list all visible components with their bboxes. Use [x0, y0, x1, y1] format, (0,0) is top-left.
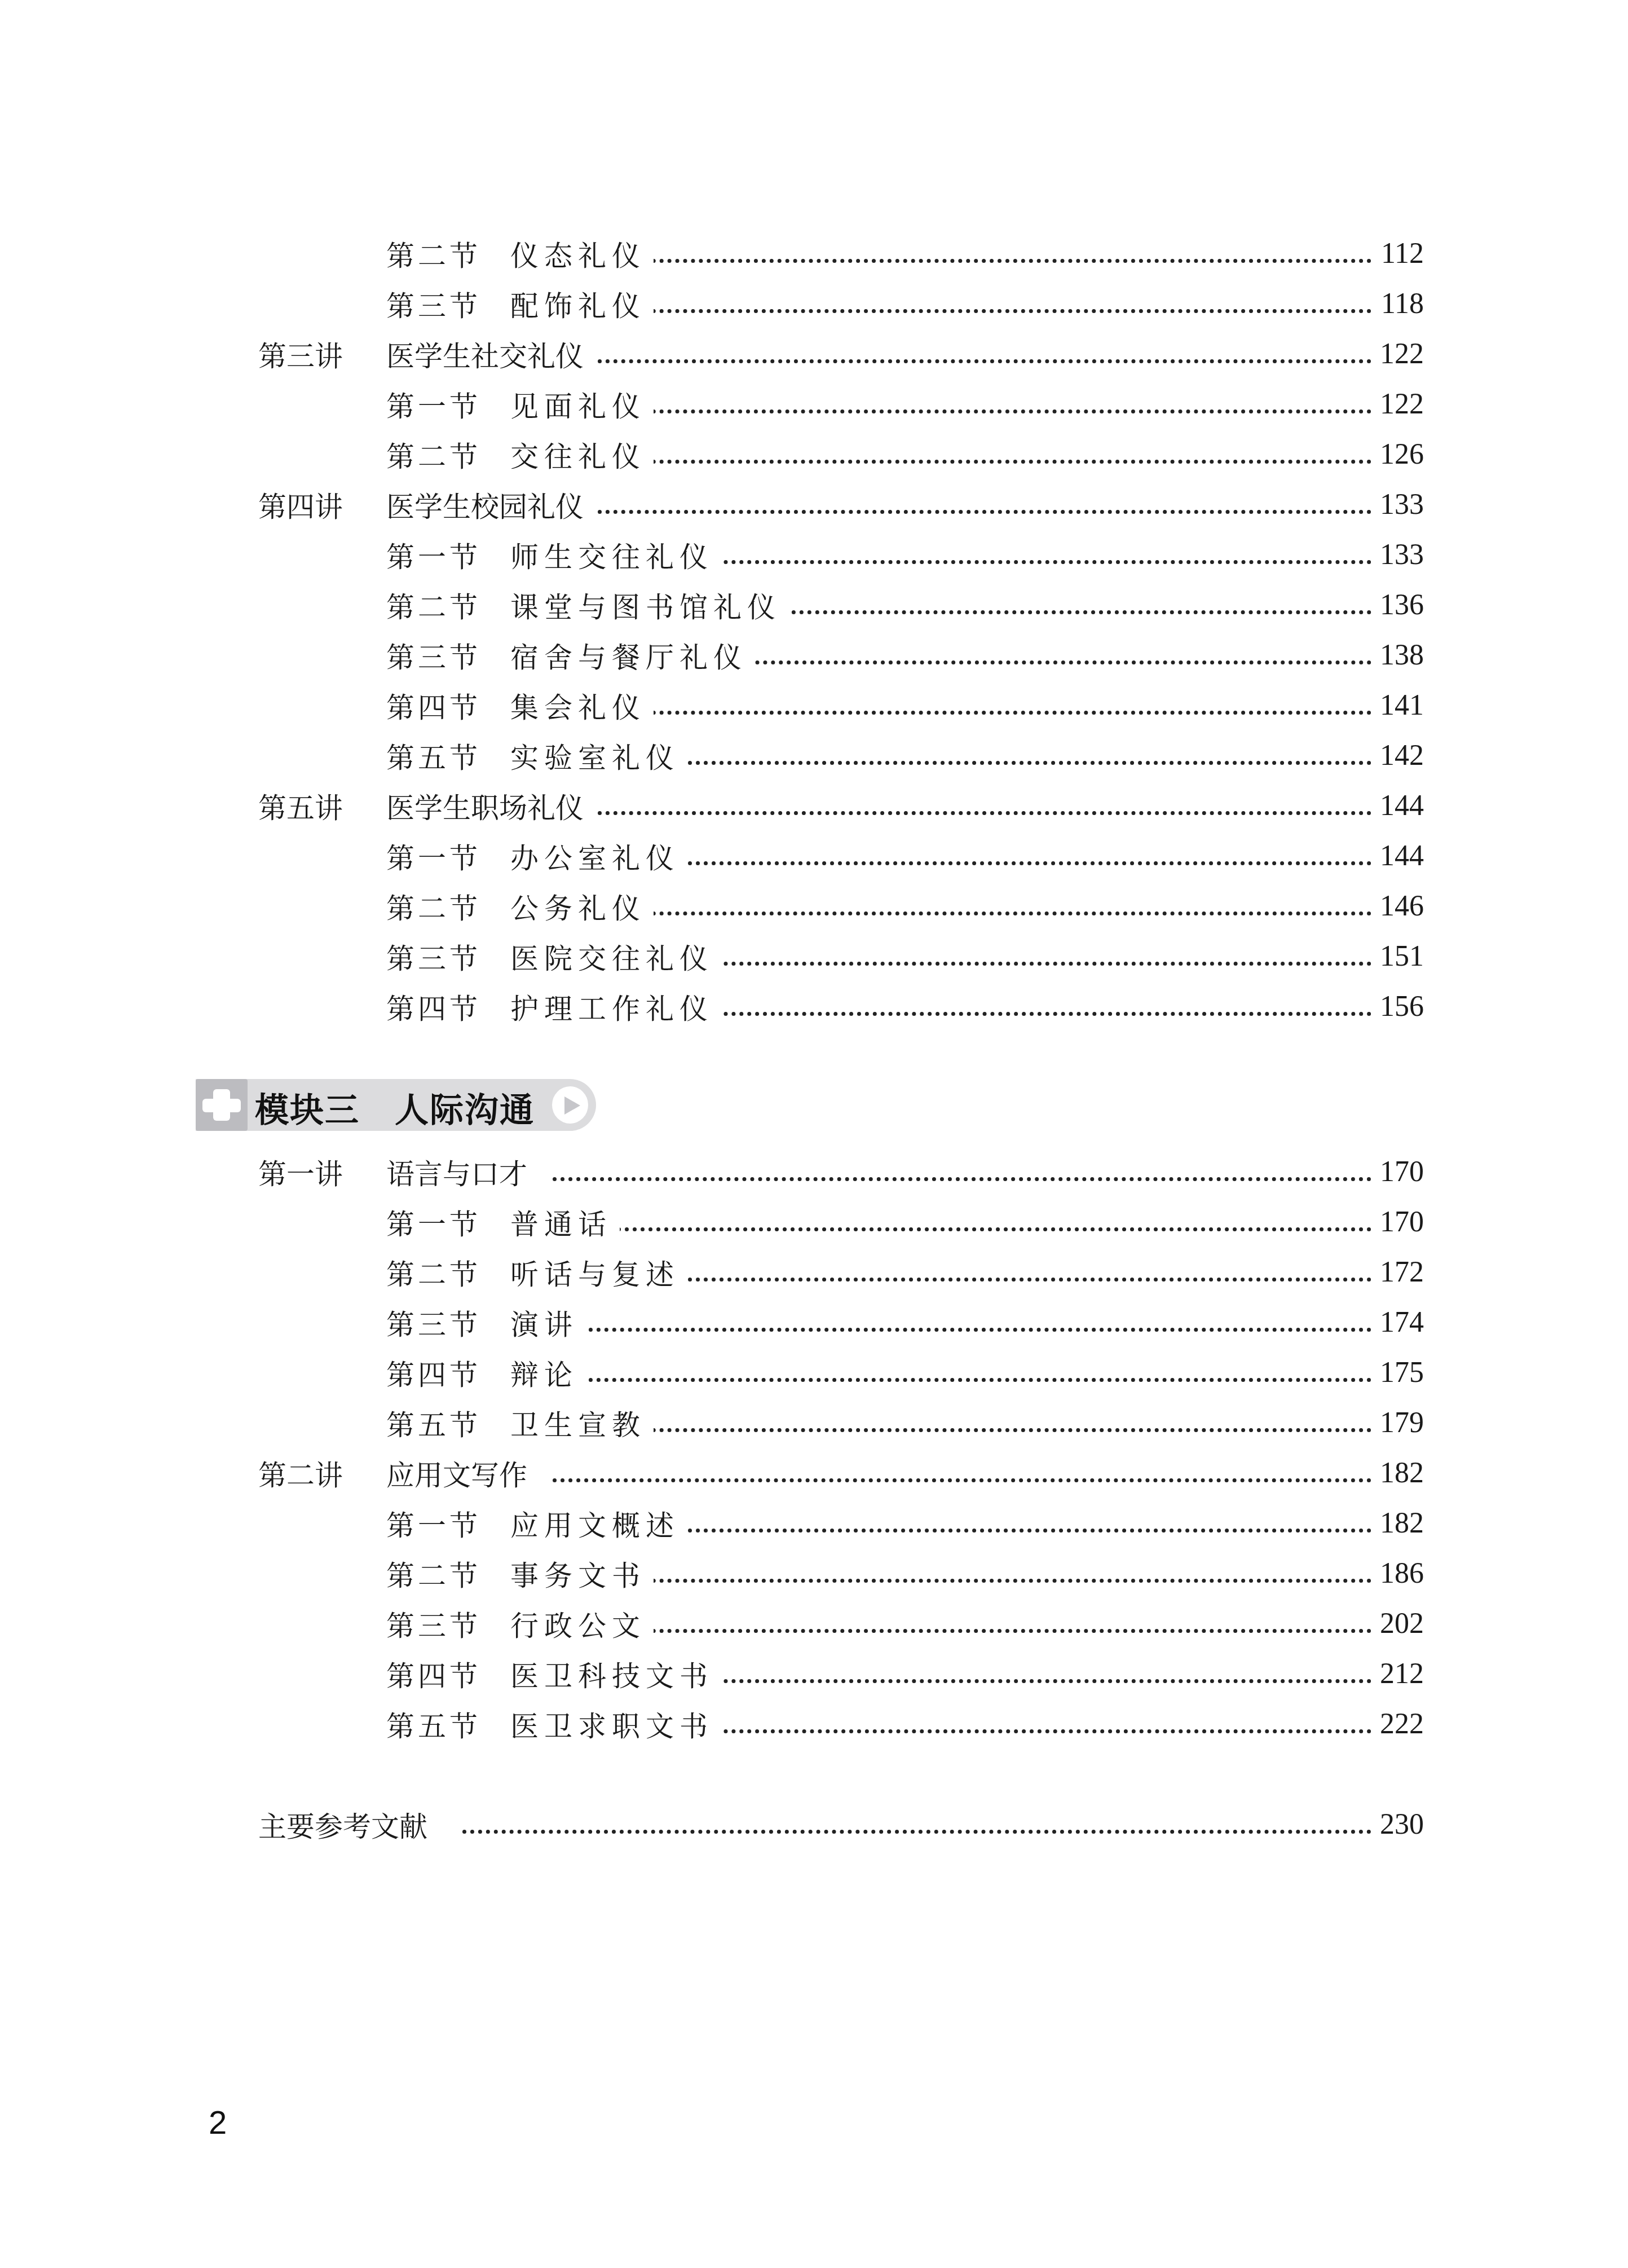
entry-title: 医卫科技文书 [510, 1654, 721, 1694]
toc-entry[interactable]: 第一节 见面礼仪 122 [0, 379, 1628, 429]
entry-prefix: 第四节 [386, 685, 481, 726]
entry-title: 语言与口才 [386, 1152, 535, 1192]
toc-entry[interactable]: 第五节 卫生宣教 179 [0, 1398, 1628, 1448]
toc-entry[interactable]: 第三节 演讲 174 [0, 1297, 1628, 1347]
entry-prefix: 第五节 [386, 1704, 481, 1745]
dot-leader [598, 809, 1371, 815]
entry-prefix: 第一讲 [258, 1152, 343, 1192]
toc-entry[interactable]: 第三节 配饰礼仪 118 [0, 279, 1628, 329]
entry-title: 医学生校园礼仪 [386, 485, 592, 525]
dot-leader [648, 859, 1371, 865]
toc-entry[interactable]: 第五节 实验室礼仪 142 [0, 730, 1628, 781]
entry-page: 138 [1372, 638, 1424, 672]
dot-leader [620, 407, 1371, 413]
entry-page: 151 [1372, 940, 1424, 973]
entry-prefix: 第二节 [386, 1553, 481, 1594]
entry-page: 122 [1372, 337, 1424, 371]
entry-page: 126 [1372, 438, 1424, 471]
entry-title: 交往礼仪 [510, 434, 654, 475]
entry-title: 听话与复述 [510, 1252, 687, 1293]
entry-page: 202 [1372, 1607, 1424, 1640]
entry-prefix: 第三节 [386, 284, 481, 324]
dot-leader [744, 608, 1371, 614]
entry-title: 辩论 [510, 1353, 586, 1393]
entry-page: 170 [1372, 1205, 1424, 1239]
dot-leader [620, 1426, 1371, 1432]
toc-entry[interactable]: 第二节 课堂与图书馆礼仪 136 [0, 580, 1628, 630]
dot-leader [553, 1175, 1371, 1181]
medical-cross-icon [196, 1079, 248, 1131]
module-header[interactable]: 模块三 人际沟通 [196, 1079, 596, 1131]
entry-title: 医学生职场礼仪 [386, 786, 592, 826]
entry-prefix: 第三讲 [258, 334, 343, 375]
entry-title: 普通话 [510, 1202, 620, 1243]
dot-leader [620, 909, 1371, 915]
entry-title: 医学生社交礼仪 [386, 334, 592, 375]
entry-title: 师生交往礼仪 [510, 535, 721, 575]
entry-title: 演讲 [510, 1302, 586, 1343]
dot-leader [677, 558, 1371, 564]
dot-leader [620, 457, 1371, 464]
entry-prefix: 第二节 [386, 886, 481, 927]
entry-prefix: 第四节 [386, 987, 481, 1027]
dot-leader [648, 1526, 1371, 1532]
toc-entry[interactable]: 第二节 事务文书 186 [0, 1548, 1628, 1598]
dot-leader [620, 1576, 1371, 1583]
entry-page: 118 [1373, 287, 1424, 320]
dot-leader [609, 1225, 1371, 1231]
entry-page: 144 [1372, 789, 1424, 822]
entry-page: 174 [1372, 1306, 1424, 1339]
entry-title: 集会礼仪 [510, 685, 654, 726]
dot-leader [716, 658, 1371, 664]
dot-leader [620, 257, 1371, 263]
dot-leader [598, 508, 1371, 514]
entry-title: 见面礼仪 [510, 384, 654, 425]
entry-title: 行政公文 [510, 1604, 654, 1644]
entry-prefix: 第四节 [386, 1654, 481, 1694]
toc-entry[interactable]: 第二节 公务礼仪 146 [0, 881, 1628, 931]
module-title: 模块三 人际沟通 [255, 1084, 535, 1132]
dot-leader [553, 1476, 1371, 1482]
toc-entry[interactable]: 第一节 办公室礼仪 144 [0, 831, 1628, 881]
dot-leader [620, 307, 1371, 313]
entry-title: 事务文书 [510, 1553, 654, 1594]
toc-entry[interactable]: 第一节 普通话 170 [0, 1197, 1628, 1247]
toc-entry[interactable]: 第四讲 医学生校园礼仪 133 [0, 479, 1628, 530]
dot-leader [677, 1010, 1371, 1016]
entry-prefix: 第三节 [386, 1302, 481, 1343]
entry-page: 182 [1372, 1456, 1424, 1490]
dot-leader [620, 1627, 1371, 1633]
dot-leader [581, 1376, 1371, 1382]
entry-prefix: 第一节 [386, 535, 481, 575]
entry-page: 141 [1372, 689, 1424, 722]
dot-leader [462, 1827, 1371, 1834]
entry-page: 172 [1372, 1256, 1424, 1289]
entry-prefix: 第一节 [386, 836, 481, 877]
toc-entry[interactable]: 第二节 交往礼仪 126 [0, 429, 1628, 479]
entry-title: 医卫求职文书 [510, 1704, 721, 1745]
entry-title: 课堂与图书馆礼仪 [510, 585, 789, 626]
entry-page: 170 [1372, 1155, 1424, 1188]
dot-leader [598, 357, 1371, 363]
toc-entry[interactable]: 第三节 宿舍与餐厅礼仪 138 [0, 630, 1628, 680]
entry-page: 230 [1372, 1808, 1424, 1841]
entry-title: 实验室礼仪 [510, 736, 687, 776]
toc-entry[interactable]: 第二节 听话与复述 172 [0, 1247, 1628, 1297]
entry-title: 办公室礼仪 [510, 836, 687, 877]
toc-entry[interactable]: 第四节 医卫科技文书 212 [0, 1649, 1628, 1699]
entry-title: 宿舍与餐厅礼仪 [510, 635, 755, 676]
entry-page: 133 [1372, 488, 1424, 521]
entry-prefix: 第二节 [386, 1252, 481, 1293]
entry-title: 医院交往礼仪 [510, 936, 721, 977]
entry-prefix: 第四讲 [258, 485, 343, 525]
entry-page: 142 [1372, 739, 1424, 772]
toc-entry[interactable]: 第五节 医卫求职文书 222 [0, 1699, 1628, 1749]
toc-entry[interactable]: 第二讲 应用文写作 182 [0, 1448, 1628, 1498]
entry-prefix: 第五讲 [258, 786, 343, 826]
entry-prefix: 第三节 [386, 936, 481, 977]
toc-entry[interactable]: 第二节 仪态礼仪 112 [0, 228, 1628, 279]
entry-title: 公务礼仪 [510, 886, 654, 927]
page-number: 2 [209, 2104, 227, 2142]
entry-page: 144 [1372, 839, 1424, 873]
dot-leader [677, 959, 1371, 966]
entry-page: 186 [1372, 1557, 1424, 1590]
entry-prefix: 第一节 [386, 1202, 481, 1243]
entry-prefix: 第一节 [386, 1503, 481, 1544]
entry-page: 179 [1372, 1406, 1424, 1439]
entry-page: 175 [1372, 1356, 1424, 1389]
play-arrow-icon [552, 1086, 588, 1124]
entry-page: 133 [1372, 538, 1424, 571]
entry-prefix: 第二讲 [258, 1453, 343, 1494]
toc-entry[interactable]: 第三讲 医学生社交礼仪 122 [0, 329, 1628, 379]
entry-prefix: 第三节 [386, 635, 481, 676]
entry-title: 配饰礼仪 [510, 284, 654, 324]
toc-entry[interactable]: 第五讲 医学生职场礼仪 144 [0, 781, 1628, 831]
dot-leader [648, 1275, 1371, 1281]
entry-prefix: 第五节 [386, 736, 481, 776]
toc-entry[interactable]: 第四节 辩论 175 [0, 1347, 1628, 1398]
toc-entry[interactable]: 第三节 医院交往礼仪 151 [0, 931, 1628, 981]
entry-title: 主要参考文献 [258, 1804, 435, 1845]
entry-prefix: 第二节 [386, 585, 481, 626]
toc-entry-references[interactable]: 主要参考文献 230 [0, 1799, 1628, 1849]
entry-title: 卫生宣教 [510, 1403, 654, 1443]
entry-page: 146 [1372, 889, 1424, 923]
dot-leader [677, 1727, 1371, 1733]
entry-page: 212 [1372, 1657, 1424, 1690]
toc-entry[interactable]: 第一节 师生交往礼仪 133 [0, 530, 1628, 580]
toc-entry[interactable]: 第四节 护理工作礼仪 156 [0, 981, 1628, 1032]
toc-entry[interactable]: 第一节 应用文概述 182 [0, 1498, 1628, 1548]
toc-entry[interactable]: 第一讲 语言与口才 170 [0, 1147, 1628, 1197]
entry-prefix: 第二节 [386, 434, 481, 475]
entry-title: 应用文概述 [510, 1503, 687, 1544]
entry-prefix: 第四节 [386, 1353, 481, 1393]
dot-leader [648, 759, 1371, 765]
entry-title: 仪态礼仪 [510, 234, 654, 274]
entry-page: 156 [1372, 990, 1424, 1023]
entry-page: 112 [1373, 237, 1424, 270]
entry-prefix: 第三节 [386, 1604, 481, 1644]
entry-prefix: 第一节 [386, 384, 481, 425]
entry-page: 136 [1372, 588, 1424, 622]
entry-title: 护理工作礼仪 [510, 987, 721, 1027]
entry-page: 122 [1372, 387, 1424, 421]
dot-leader [620, 708, 1371, 715]
dot-leader [581, 1325, 1371, 1332]
entry-title: 应用文写作 [386, 1453, 535, 1494]
entry-prefix: 第五节 [386, 1403, 481, 1443]
toc-entry[interactable]: 第四节 集会礼仪 141 [0, 680, 1628, 730]
dot-leader [677, 1677, 1371, 1683]
entry-page: 182 [1372, 1507, 1424, 1540]
toc-entry[interactable]: 第三节 行政公文 202 [0, 1598, 1628, 1649]
entry-prefix: 第二节 [386, 234, 481, 274]
entry-page: 222 [1372, 1707, 1424, 1741]
